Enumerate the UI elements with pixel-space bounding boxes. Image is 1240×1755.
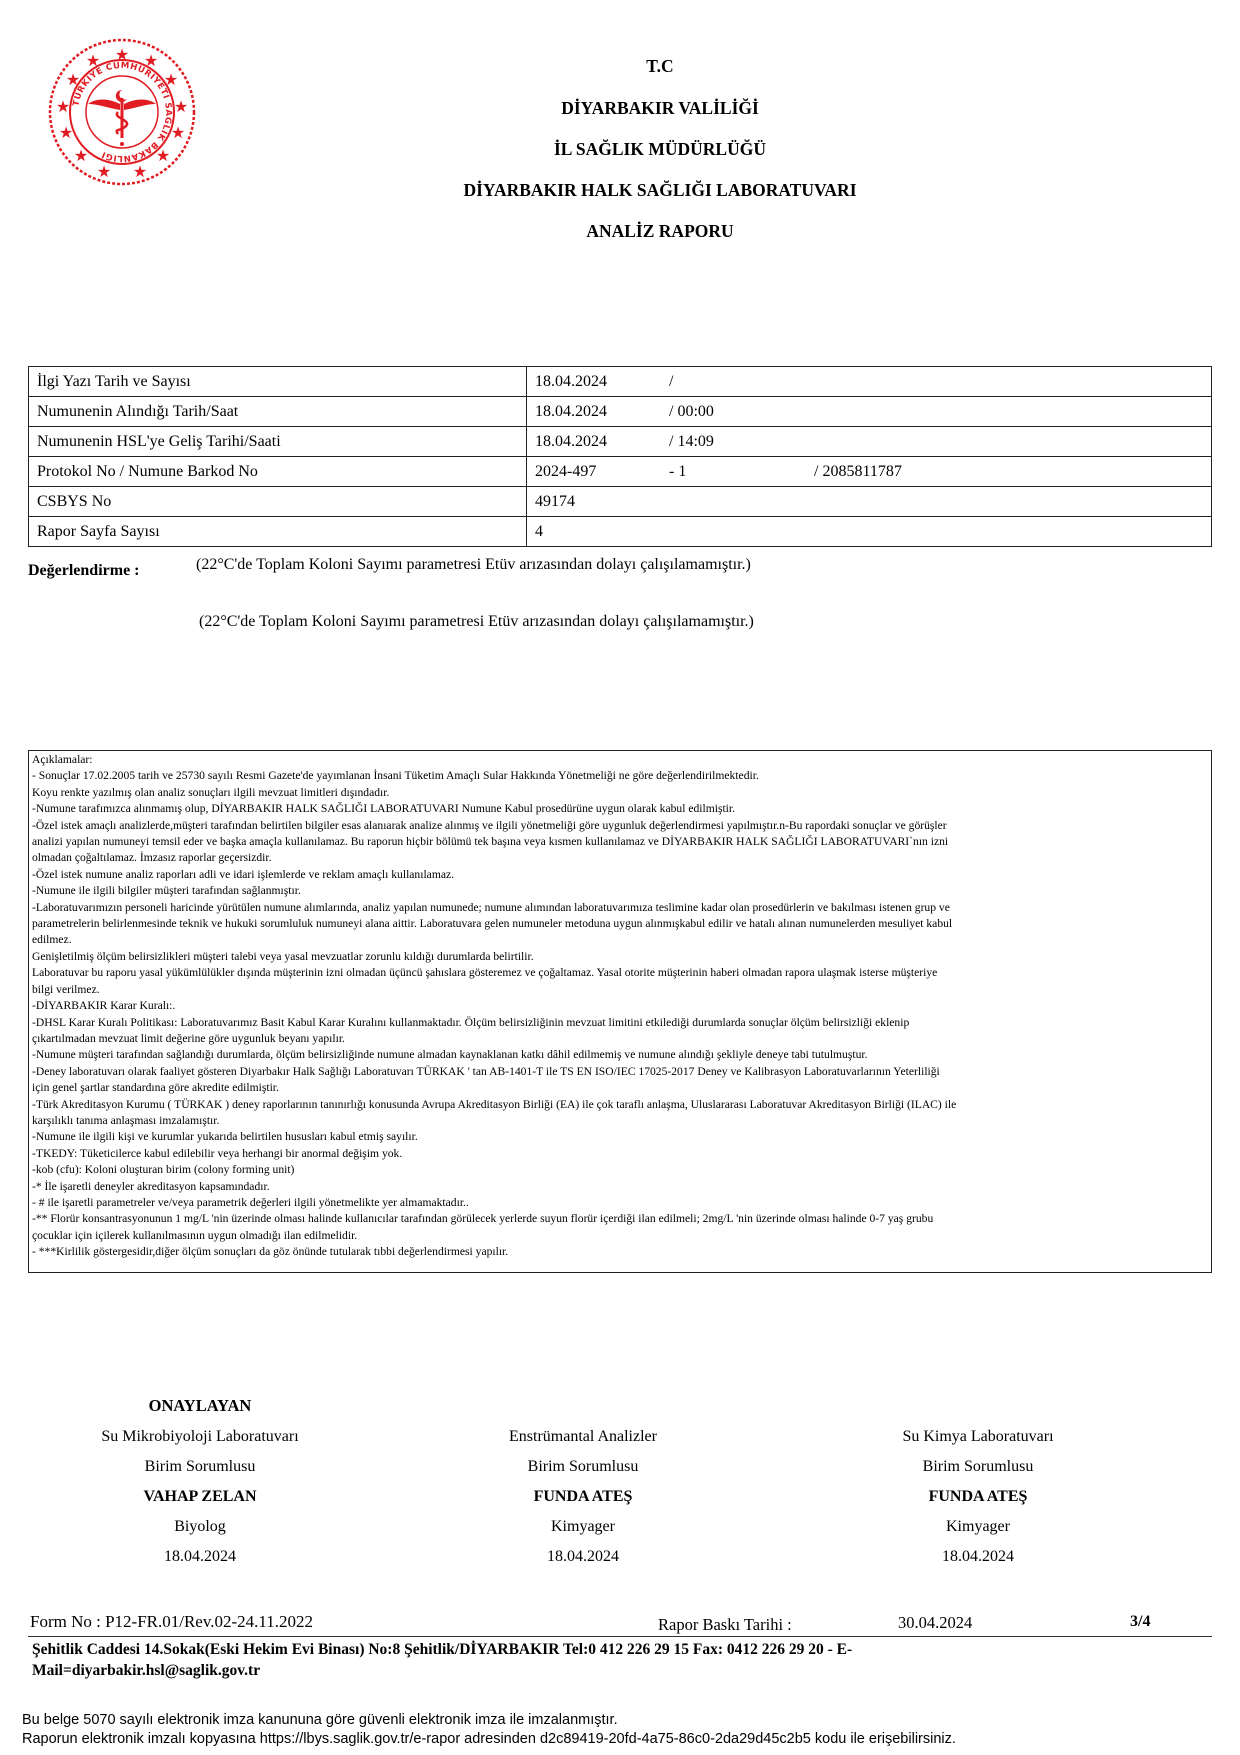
note-line: edilmez. (32, 932, 1208, 948)
value-part-1: 4 (535, 523, 669, 541)
note-line: Genişletilmiş ölçüm belirsizlikleri müşt… (32, 949, 1208, 965)
signature-unit: Su Kimya Laboratuvarı (808, 1422, 1148, 1452)
row-value: 18.04.2024/ (527, 367, 1212, 397)
note-line: -Numune müşteri tarafından sağlandığı du… (32, 1047, 1208, 1063)
signature-title: Kimyager (413, 1512, 753, 1542)
row-label: İlgi Yazı Tarih ve Sayısı (29, 367, 527, 397)
signature-unit: Su Mikrobiyoloji Laboratuvarı (30, 1422, 370, 1452)
print-date: 30.04.2024 (898, 1613, 972, 1633)
note-line: -DHSL Karar Kuralı Politikası: Laboratuv… (32, 1015, 1208, 1031)
row-label: Numunenin Alındığı Tarih/Saat (29, 397, 527, 427)
svg-text:★: ★ (56, 97, 70, 116)
note-line: -Numune ile ilgili bilgiler müşteri tara… (32, 883, 1208, 899)
note-line: çıkartılmadan mevzuat limit değerine gör… (32, 1031, 1208, 1047)
note-line: Koyu renkte yazılmış olan analiz sonuçla… (32, 785, 1208, 801)
signature-block-microbiology: Su Mikrobiyoloji Laboratuvarı Birim Soru… (30, 1422, 370, 1572)
table-row: Rapor Sayfa Sayısı4 (29, 517, 1212, 547)
row-value: 2024-497- 1/ 2085811787 (527, 457, 1212, 487)
svg-text:★: ★ (156, 146, 170, 165)
note-line: karşılıklı tanıma anlaşması imzalamıştır… (32, 1113, 1208, 1129)
note-line: - ***Kirlilik göstergesidir,diğer ölçüm … (32, 1244, 1208, 1260)
note-line: olmadan çoğaltılamaz. İmzasız raporlar g… (32, 850, 1208, 866)
signature-block-instrumental: Enstrümantal Analizler Birim Sorumlusu F… (413, 1422, 753, 1572)
notes-box: Açıklamalar:- Sonuçlar 17.02.2005 tarih … (28, 750, 1212, 1273)
note-line: analizi yapılan numuneyi temsil eder ve … (32, 834, 1208, 850)
table-row: CSBYS No49174 (29, 487, 1212, 517)
note-line: için genel şartlar standardına göre akre… (32, 1080, 1208, 1096)
value-part-2: - 1 (669, 463, 814, 481)
svg-text:★: ★ (174, 97, 188, 116)
row-value: 49174 (527, 487, 1212, 517)
note-line: Açıklamalar: (32, 752, 1208, 768)
note-line: Laboratuvar bu raporu yasal yükümlülükle… (32, 965, 1208, 981)
svg-text:★: ★ (74, 146, 88, 165)
signature-name: FUNDA ATEŞ (413, 1482, 753, 1512)
table-row: İlgi Yazı Tarih ve Sayısı18.04.2024/ (29, 367, 1212, 397)
note-line: - Sonuçlar 17.02.2005 tarih ve 25730 say… (32, 768, 1208, 784)
signature-date: 18.04.2024 (413, 1542, 753, 1572)
signature-unit: Enstrümantal Analizler (413, 1422, 753, 1452)
value-part-2: / 00:00 (669, 403, 814, 421)
header-line-directorate: İL SAĞLIK MÜDÜRLÜĞÜ (380, 139, 940, 159)
note-line: - # ile işaretli parametreler ve/veya pa… (32, 1195, 1208, 1211)
value-part-2: / (669, 373, 814, 391)
note-line: -Deney laboratuvarı olarak faaliyet göst… (32, 1064, 1208, 1080)
value-part-2: / 14:09 (669, 433, 814, 451)
note-line: bilgi verilmez. (32, 982, 1208, 998)
esignature-link-notice: Raporun elektronik imzalı kopyasına http… (22, 1731, 956, 1747)
row-value: 4 (527, 517, 1212, 547)
note-line: -Numune tarafımızca alınmamış olup, DİYA… (32, 801, 1208, 817)
row-value: 18.04.2024/ 14:09 (527, 427, 1212, 457)
table-row: Protokol No / Numune Barkod No2024-497- … (29, 457, 1212, 487)
value-part-1: 49174 (535, 493, 669, 511)
value-part-1: 2024-497 (535, 463, 669, 481)
address-line-1: Şehitlik Caddesi 14.Sokak(Eski Hekim Evi… (32, 1639, 1072, 1660)
note-line: -DİYARBAKIR Karar Kuralı:. (32, 998, 1208, 1014)
note-line: -Özel istek amaçlı analizlerde,müşteri t… (32, 818, 1208, 834)
value-part-1: 18.04.2024 (535, 373, 669, 391)
address-line-2: Mail=diyarbakir.hsl@saglik.gov.tr (32, 1660, 1072, 1681)
address: Şehitlik Caddesi 14.Sokak(Eski Hekim Evi… (32, 1639, 1072, 1681)
svg-text:★: ★ (66, 70, 80, 89)
note-line: çocuklar için içilerek kullanılmasının u… (32, 1228, 1208, 1244)
note-line: -Numune ile ilgili kişi ve kurumlar yuka… (32, 1129, 1208, 1145)
header-line-laboratory: DİYARBAKIR HALK SAĞLIĞI LABORATUVARI (380, 180, 940, 200)
approval-heading: ONAYLAYAN (30, 1396, 370, 1416)
svg-text:★: ★ (171, 123, 185, 142)
row-label: CSBYS No (29, 487, 527, 517)
footer-divider (28, 1636, 1212, 1637)
value-part-3: / 2085811787 (814, 463, 902, 480)
svg-text:★: ★ (59, 123, 73, 142)
note-line: parametrelerin belirlenmesinde teknik ve… (32, 916, 1208, 932)
page-number: 3/4 (1130, 1613, 1150, 1631)
report-info-table: İlgi Yazı Tarih ve Sayısı18.04.2024/Numu… (28, 366, 1212, 547)
evaluation-text-1: (22°C'de Toplam Koloni Sayımı parametres… (196, 556, 751, 574)
signature-role: Birim Sorumlusu (413, 1452, 753, 1482)
evaluation-label: Değerlendirme : (28, 562, 140, 580)
svg-text:★: ★ (133, 162, 147, 181)
note-line: -* İle işaretli deneyler akreditasyon ka… (32, 1179, 1208, 1195)
ministry-of-health-seal-icon: ★ ★ ★ ★ ★ ★ ★ ★ ★ ★ ★ ★ ★ TÜRKİYE CUMHUR… (48, 38, 196, 186)
print-date-label: Rapor Baskı Tarihi : (658, 1615, 792, 1635)
header-line-tc: T.C (380, 56, 940, 76)
header-line-governorship: DİYARBAKIR VALİLİĞİ (380, 98, 940, 118)
evaluation-text-2: (22°C'de Toplam Koloni Sayımı parametres… (199, 613, 754, 631)
row-label: Rapor Sayfa Sayısı (29, 517, 527, 547)
note-line: -Türk Akreditasyon Kurumu ( TÜRKAK ) den… (32, 1097, 1208, 1113)
svg-text:★: ★ (97, 162, 111, 181)
esignature-notice: Bu belge 5070 sayılı elektronik imza kan… (22, 1712, 618, 1728)
table-row: Numunenin HSL'ye Geliş Tarihi/Saati18.04… (29, 427, 1212, 457)
signature-date: 18.04.2024 (808, 1542, 1148, 1572)
note-line: -TKEDY: Tüketicilerce kabul edilebilir v… (32, 1146, 1208, 1162)
page-title: ANALİZ RAPORU (380, 221, 940, 241)
signature-role: Birim Sorumlusu (808, 1452, 1148, 1482)
row-label: Numunenin HSL'ye Geliş Tarihi/Saati (29, 427, 527, 457)
signature-block-chemistry: Su Kimya Laboratuvarı Birim Sorumlusu FU… (808, 1422, 1148, 1572)
signature-name: FUNDA ATEŞ (808, 1482, 1148, 1512)
row-value: 18.04.2024/ 00:00 (527, 397, 1212, 427)
signature-role: Birim Sorumlusu (30, 1452, 370, 1482)
signature-title: Biyolog (30, 1512, 370, 1542)
signature-name: VAHAP ZELAN (30, 1482, 370, 1512)
note-line: -Özel istek numune analiz raporları adli… (32, 867, 1208, 883)
value-part-1: 18.04.2024 (535, 403, 669, 421)
value-part-1: 18.04.2024 (535, 433, 669, 451)
note-line: -** Florür konsantrasyonunun 1 mg/L 'nin… (32, 1211, 1208, 1227)
table-row: Numunenin Alındığı Tarih/Saat18.04.2024/… (29, 397, 1212, 427)
note-line: -kob (cfu): Koloni oluşturan birim (colo… (32, 1162, 1208, 1178)
form-number: Form No : P12-FR.01/Rev.02-24.11.2022 (30, 1612, 313, 1632)
note-line: -Laboratuvarımızın personeli haricinde y… (32, 900, 1208, 916)
signature-date: 18.04.2024 (30, 1542, 370, 1572)
signature-title: Kimyager (808, 1512, 1148, 1542)
row-label: Protokol No / Numune Barkod No (29, 457, 527, 487)
